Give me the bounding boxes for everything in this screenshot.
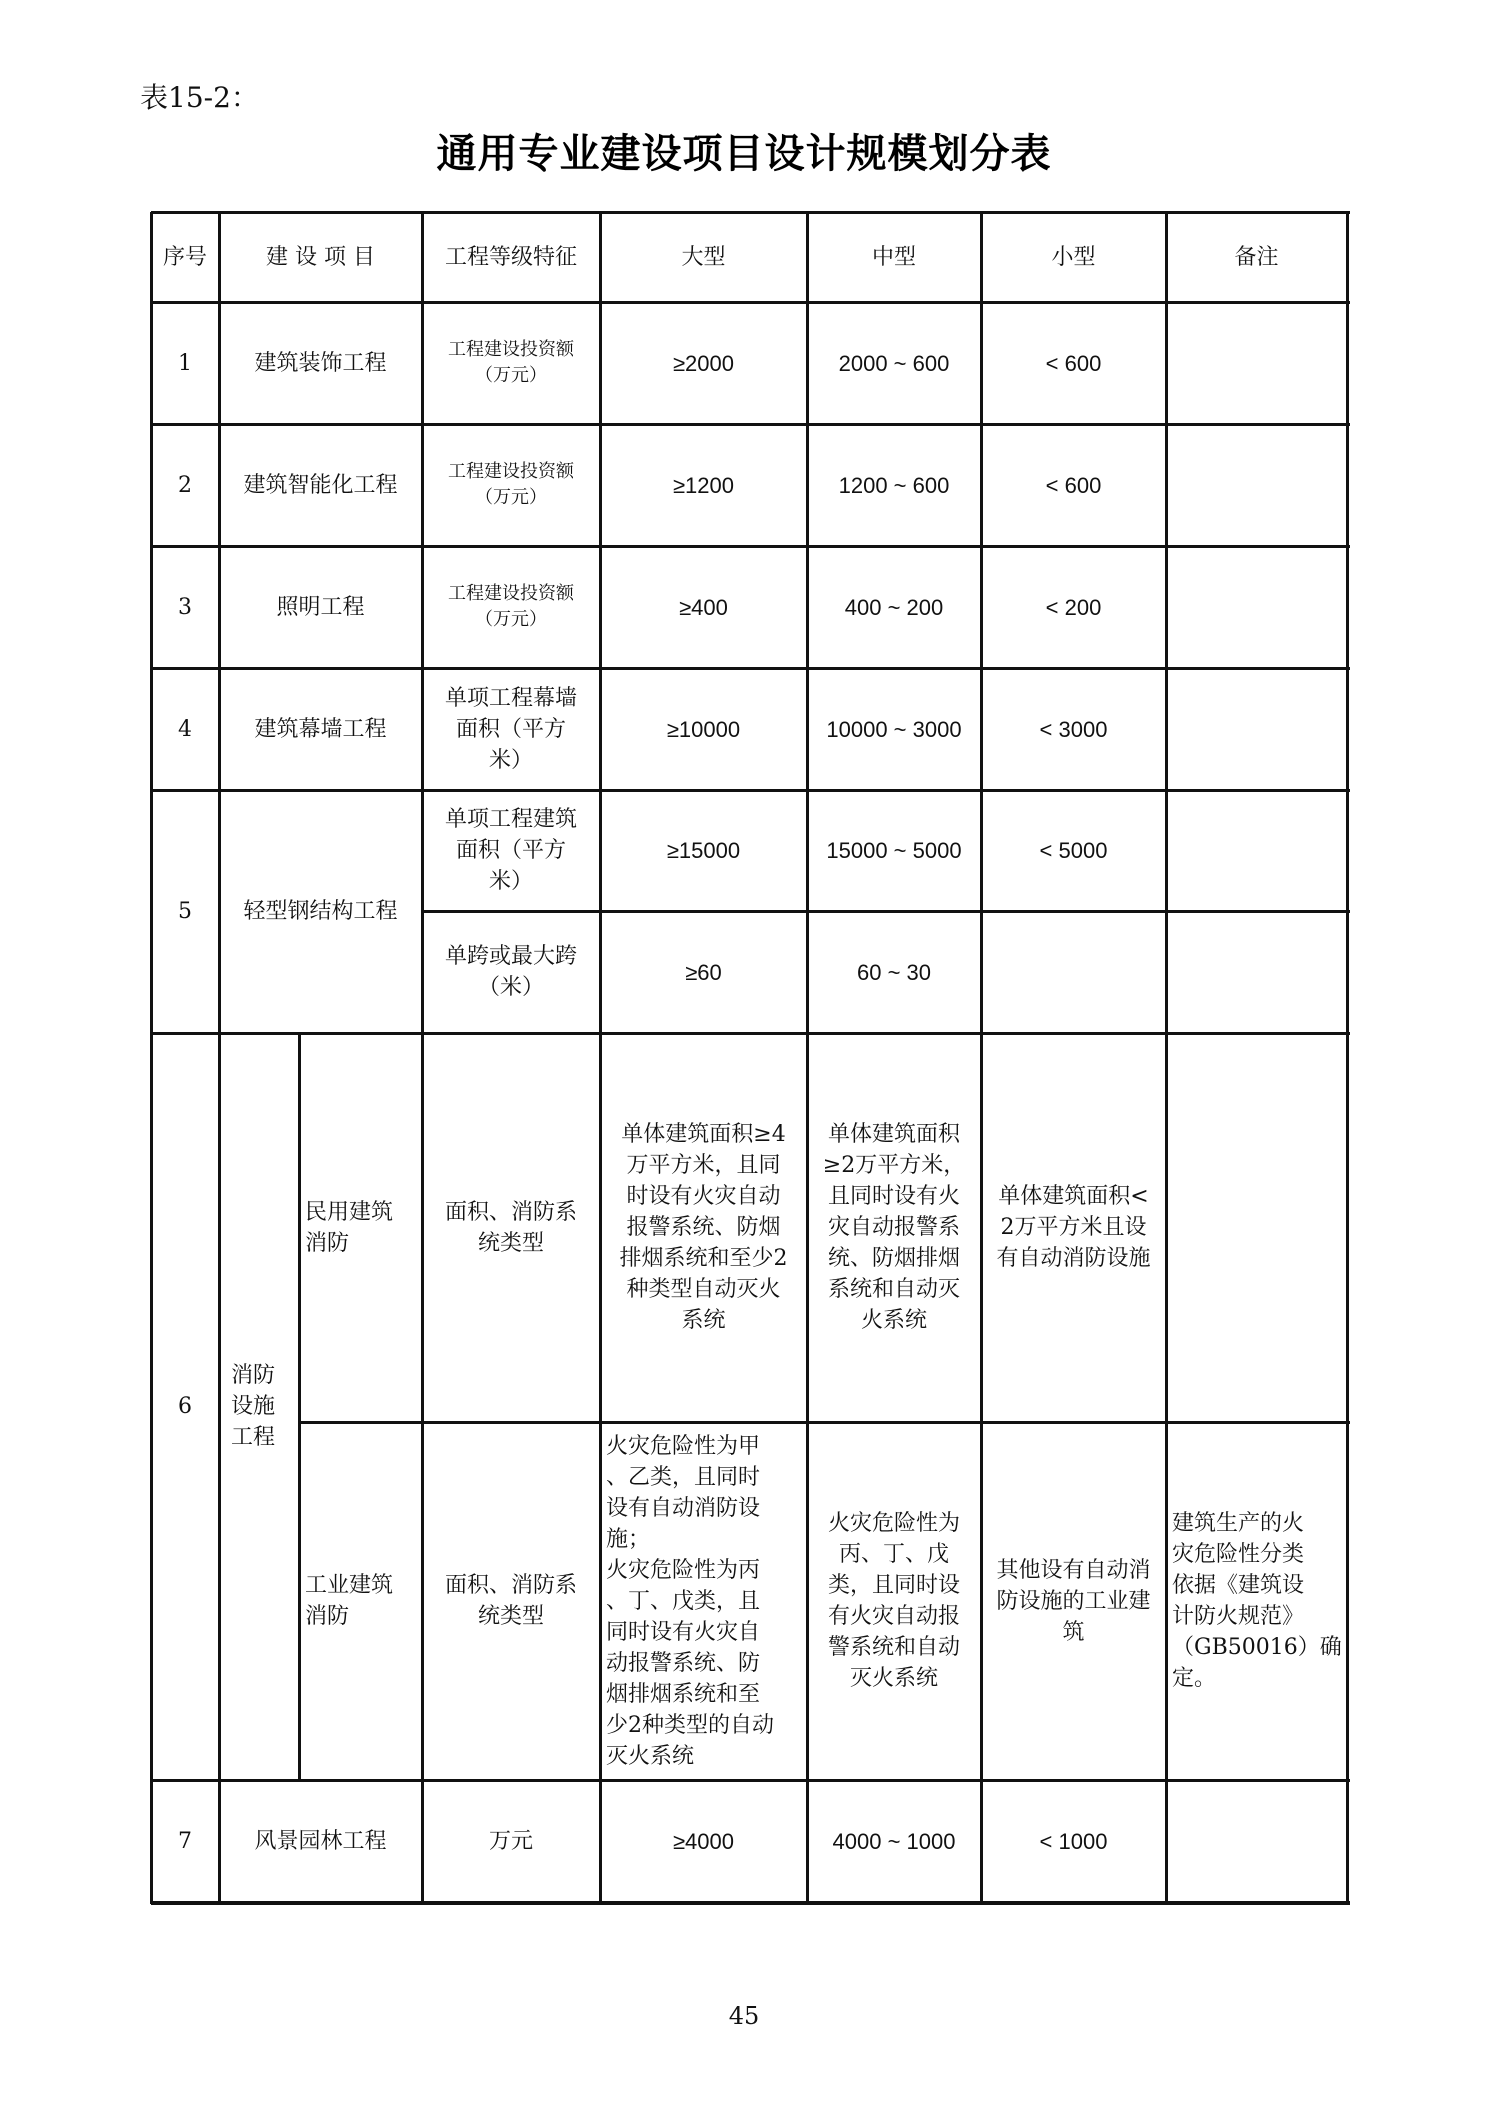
row-5b-small bbox=[981, 911, 1166, 1033]
row-3-medium: 400 ~ 200 bbox=[807, 546, 981, 668]
row-1-large: ≥2000 bbox=[600, 302, 807, 424]
grid-line bbox=[980, 212, 983, 1904]
grid-line bbox=[150, 212, 153, 1904]
grid-line bbox=[422, 910, 1350, 913]
row-3-note bbox=[1166, 546, 1347, 668]
grid-line bbox=[218, 212, 221, 1904]
grid-line bbox=[151, 1032, 1350, 1035]
row-6a-subitem: 民用建筑 消防 bbox=[299, 1033, 422, 1422]
row-6b-small: 其他设有自动消 防设施的工业建 筑 bbox=[981, 1422, 1166, 1780]
row-6-seq: 6 bbox=[151, 1033, 219, 1780]
row-6a-small: 单体建筑面积< 2万平方米且设 有自动消防设施 bbox=[981, 1033, 1166, 1422]
row-2-feature: 工程建设投资额 （万元） bbox=[422, 424, 600, 546]
row-5-item: 轻型钢结构工程 bbox=[219, 790, 422, 1033]
row-6a-note bbox=[1166, 1033, 1347, 1422]
header-medium: 中型 bbox=[807, 212, 981, 302]
row-6a-large: 单体建筑面积≥4 万平方米，且同 时设有火灾自动 报警系统、防烟 排烟系统和至少… bbox=[600, 1033, 807, 1422]
row-5a-small: < 5000 bbox=[981, 790, 1166, 911]
row-2-item: 建筑智能化工程 bbox=[219, 424, 422, 546]
row-4-medium: 10000 ~ 3000 bbox=[807, 668, 981, 790]
row-5a-feature: 单项工程建筑 面积（平方 米） bbox=[422, 790, 600, 911]
page-title: 通用专业建设项目设计规模划分表 bbox=[0, 122, 1488, 179]
row-7-seq: 7 bbox=[151, 1780, 219, 1902]
row-7-feature: 万元 bbox=[422, 1780, 600, 1902]
grid-line bbox=[151, 1779, 1350, 1782]
header-note: 备注 bbox=[1166, 212, 1347, 302]
row-6a-feature: 面积、消防系 统类型 bbox=[422, 1033, 600, 1422]
row-1-medium: 2000 ~ 600 bbox=[807, 302, 981, 424]
row-5b-feature: 单跨或最大跨 （米） bbox=[422, 911, 600, 1033]
row-7-note bbox=[1166, 1780, 1347, 1902]
grid-line bbox=[151, 423, 1350, 426]
row-3-feature: 工程建设投资额 （万元） bbox=[422, 546, 600, 668]
row-1-small: < 600 bbox=[981, 302, 1166, 424]
row-7-item: 风景园林工程 bbox=[219, 1780, 422, 1902]
row-7-medium: 4000 ~ 1000 bbox=[807, 1780, 981, 1902]
scale-classification-table: 序号 建 设 项 目 工程等级特征 大型 中型 小型 备注 1 建筑装饰工程 工… bbox=[151, 212, 1347, 1902]
table-label: 表15-2： bbox=[140, 76, 259, 116]
row-2-medium: 1200 ~ 600 bbox=[807, 424, 981, 546]
header-item: 建 设 项 目 bbox=[219, 212, 422, 302]
grid-line bbox=[151, 545, 1350, 548]
row-4-seq: 4 bbox=[151, 668, 219, 790]
row-1-seq: 1 bbox=[151, 302, 219, 424]
row-6a-medium: 单体建筑面积 ≥2万平方米， 且同时设有火 灾自动报警系 统、防烟排烟 系统和自… bbox=[807, 1033, 981, 1422]
grid-line bbox=[599, 212, 602, 1904]
grid-line bbox=[151, 667, 1350, 670]
row-5a-medium: 15000 ~ 5000 bbox=[807, 790, 981, 911]
grid-line bbox=[298, 1033, 301, 1780]
grid-line bbox=[151, 301, 1350, 304]
row-2-note bbox=[1166, 424, 1347, 546]
header-large: 大型 bbox=[600, 212, 807, 302]
header-feature: 工程等级特征 bbox=[422, 212, 600, 302]
row-2-large: ≥1200 bbox=[600, 424, 807, 546]
row-6b-feature: 面积、消防系 统类型 bbox=[422, 1422, 600, 1780]
row-5b-note bbox=[1166, 911, 1347, 1033]
row-5b-medium: 60 ~ 30 bbox=[807, 911, 981, 1033]
row-6b-medium: 火灾危险性为 丙、丁、戊 类，且同时设 有火灾自动报 警系统和自动 灭火系统 bbox=[807, 1422, 981, 1780]
row-2-seq: 2 bbox=[151, 424, 219, 546]
row-5a-note bbox=[1166, 790, 1347, 911]
grid-line bbox=[299, 1421, 1350, 1424]
row-6b-subitem: 工业建筑 消防 bbox=[299, 1422, 422, 1780]
row-6b-note: 建筑生产的火 灾危险性分类 依据《建筑设 计防火规范》 （GB50016）确 定… bbox=[1166, 1422, 1347, 1780]
grid-line bbox=[151, 1901, 1350, 1905]
row-5-seq: 5 bbox=[151, 790, 219, 1033]
row-6-item: 消防 设施 工程 bbox=[219, 1033, 299, 1780]
row-3-small: < 200 bbox=[981, 546, 1166, 668]
row-6b-large: 火灾危险性为甲 、乙类，且同时 设有自动消防设 施； 火灾危险性为丙 、丁、戊类… bbox=[600, 1422, 807, 1780]
grid-line bbox=[806, 212, 809, 1904]
header-small: 小型 bbox=[981, 212, 1166, 302]
row-3-seq: 3 bbox=[151, 546, 219, 668]
row-2-small: < 600 bbox=[981, 424, 1166, 546]
grid-line bbox=[1165, 212, 1168, 1904]
page-number: 45 bbox=[0, 2002, 1488, 2030]
row-4-large: ≥10000 bbox=[600, 668, 807, 790]
row-4-item: 建筑幕墙工程 bbox=[219, 668, 422, 790]
row-4-note bbox=[1166, 668, 1347, 790]
grid-line bbox=[421, 212, 424, 1904]
grid-line bbox=[1346, 212, 1349, 1904]
grid-line bbox=[151, 789, 1350, 792]
row-3-large: ≥400 bbox=[600, 546, 807, 668]
row-1-feature: 工程建设投资额 （万元） bbox=[422, 302, 600, 424]
row-4-feature: 单项工程幕墙 面积（平方 米） bbox=[422, 668, 600, 790]
row-1-note bbox=[1166, 302, 1347, 424]
header-seq: 序号 bbox=[151, 212, 219, 302]
row-3-item: 照明工程 bbox=[219, 546, 422, 668]
grid-line bbox=[151, 211, 1350, 214]
row-4-small: < 3000 bbox=[981, 668, 1166, 790]
row-7-large: ≥4000 bbox=[600, 1780, 807, 1902]
row-5a-large: ≥15000 bbox=[600, 790, 807, 911]
row-7-small: < 1000 bbox=[981, 1780, 1166, 1902]
row-1-item: 建筑装饰工程 bbox=[219, 302, 422, 424]
row-5b-large: ≥60 bbox=[600, 911, 807, 1033]
